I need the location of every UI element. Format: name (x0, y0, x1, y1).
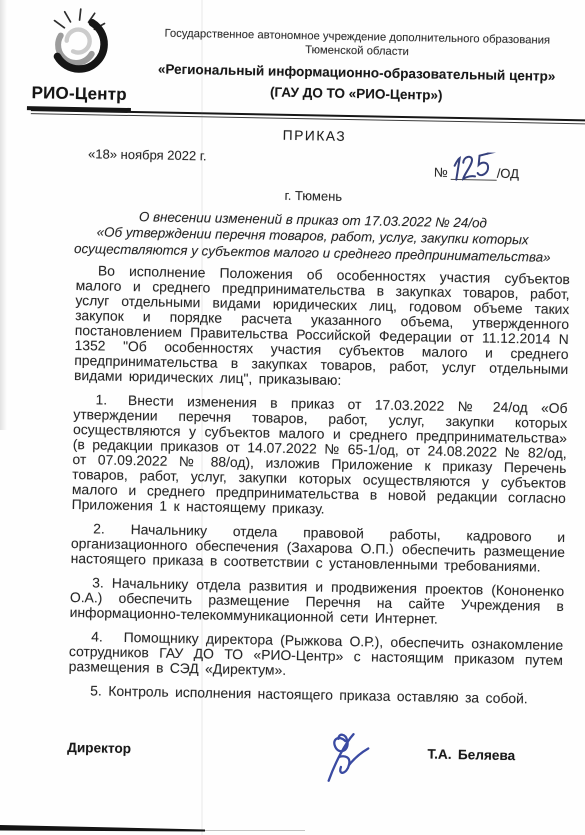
document-sheet: РИО-Центр Государственное автономное учр… (0, 0, 585, 835)
signature-autograph-icon (315, 726, 386, 789)
order-number: № 125 /ОД (434, 160, 520, 182)
order-item-3: 3. Начальнику отдела развития и продвиже… (70, 575, 565, 629)
signature-block: Директор Т.А. Беляева (67, 740, 561, 764)
handwritten-number: 125 (451, 160, 497, 181)
order-number-prefix: № (434, 165, 448, 180)
preamble-paragraph: Во исполнение Положения об особенностях … (74, 263, 570, 392)
rio-centr-logo: РИО-Центр (27, 7, 133, 111)
signer-name: Т.А. Беляева (427, 747, 515, 764)
order-date: «18» ноября 2022 г. (88, 146, 207, 163)
scan-fold-line (201, 0, 203, 835)
header-rule (31, 109, 585, 125)
signer-role: Директор (67, 740, 131, 756)
document-type-heading: ПРИКАЗ (64, 124, 564, 148)
scanned-document-page: РИО-Центр Государственное автономное учр… (0, 0, 585, 835)
order-item-4: 4. Помощнику директора (Рыжкова О.Р.), о… (69, 629, 564, 683)
scan-edge-shadow (0, 0, 7, 430)
order-item-1: 1. Внести изменения в приказ от 17.03.20… (72, 392, 568, 521)
order-title: О внесении изменений в приказ от 17.03.2… (66, 208, 559, 266)
rio-logo-sun-icon (27, 7, 132, 83)
logo-caption: РИО-Центр (27, 83, 131, 105)
order-item-2: 2. Начальнику отдела правовой работы, ка… (71, 521, 566, 575)
order-item-5: 5. Контроль исполнения настоящего приказ… (68, 683, 562, 707)
scan-bottom-edge-artifact (0, 820, 320, 835)
order-city: г. Тюмень (63, 184, 563, 208)
order-body: Во исполнение Положения об особенностях … (67, 263, 570, 764)
